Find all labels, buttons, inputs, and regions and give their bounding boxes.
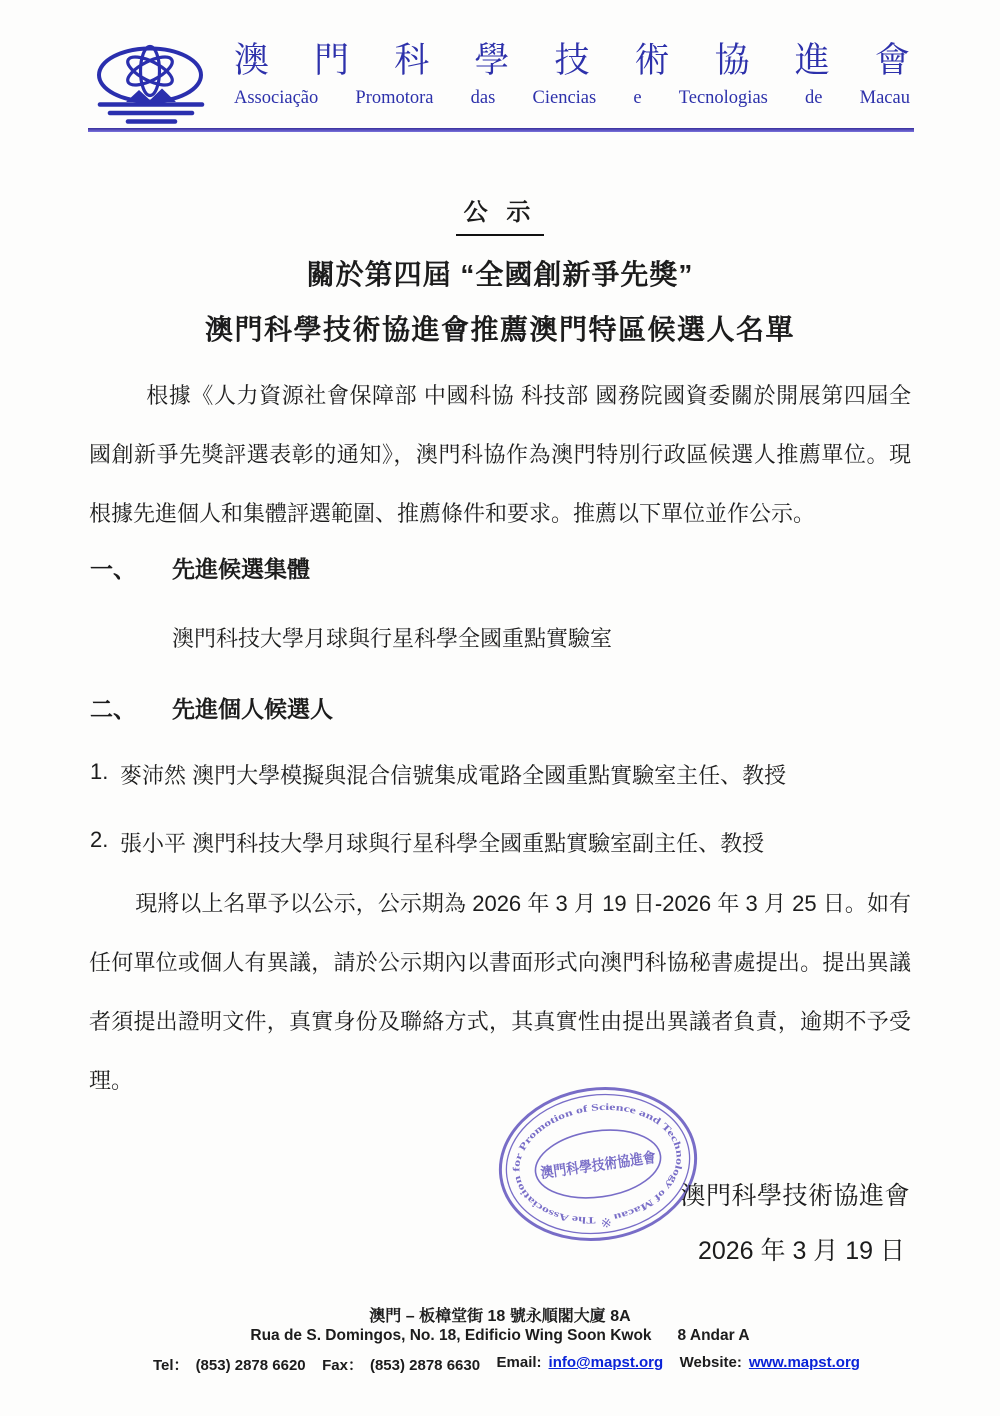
official-oval-stamp: The Association for Promotion of Science… [494,1084,704,1248]
page-title: 公 示 [456,192,545,236]
email-label: Email: [497,1354,542,1371]
intro-paragraph: 根據《人力資源社會保障部 中國科協 科技部 國務院國資委關於開展第四屆全國創新爭… [89,366,911,543]
org-name-chinese: 澳 門 科 學 技 術 協 進 會 [234,40,910,82]
org-zh-char: 門 [314,40,349,82]
section-2-heading: 二、 先進個人候選人 [90,691,333,724]
org-name-portuguese: Associação Promotora das Ciencias e Tecn… [234,88,910,109]
tel-number: (853) 2878 6620 [196,1357,306,1374]
footer-email: Email:info@mapst.org [497,1354,664,1375]
section-2-number: 二、 [90,691,172,724]
footer-address-floor: 8 Andar A [678,1327,750,1344]
org-pt-word: Associação [234,88,318,109]
org-zh-char: 科 [394,40,429,82]
footer-address-chinese: 澳門 – 板樟堂街 18 號永順閣大廈 8A [0,1303,1000,1326]
footer-address-street: Rua de S. Domingos, No. 18, Edificio Win… [250,1327,651,1344]
email-link[interactable]: info@mapst.org [549,1354,664,1371]
signature-org-name: 澳門科學技術協進會 [680,1176,910,1212]
org-zh-char: 學 [474,40,509,82]
section-1-title: 先進候選集體 [172,551,310,584]
org-zh-char: 進 [795,40,830,82]
closing-paragraph: 現將以上名單予以公示，公示期為 2026 年 3 月 19 日-2026 年 3… [89,874,911,1110]
section-1-heading: 一、 先進候選集體 [90,551,310,584]
header-divider-rule [88,128,914,132]
org-zh-char: 術 [635,40,670,82]
org-zh-char: 會 [875,40,910,82]
footer-tel: Tel：(853) 2878 6620 [153,1354,306,1375]
org-pt-word: Macau [860,88,910,109]
subtitle-award-name: 關於第四屆 “全國創新爭先獎” [0,253,1000,293]
org-zh-char: 澳 [234,40,269,82]
fax-number: (853) 2878 6630 [370,1357,480,1374]
list-item: 2. 張小平 澳門科技大學月球與行星科學全國重點實驗室副主任、教授 [90,827,911,858]
org-pt-word: Tecnologias [679,88,768,109]
org-pt-word: das [471,88,496,109]
org-zh-char: 技 [554,40,589,82]
list-item-number: 2. [90,827,120,858]
website-label: Website: [680,1354,742,1371]
org-pt-word: e [633,88,641,109]
org-pt-word: Promotora [355,88,433,109]
org-zh-char: 協 [715,40,750,82]
list-item-number: 1. [90,759,120,790]
list-item: 1. 麥沛然 澳門大學模擬與混合信號集成電路全國重點實驗室主任、教授 [90,759,911,790]
stamp-center-text: 澳門科學技術協進會 [539,1148,657,1182]
letterhead: 澳 門 科 學 技 術 協 進 會 Associação Promotora d… [234,40,910,109]
notice-document-page: 澳 門 科 學 技 術 協 進 會 Associação Promotora d… [0,0,1000,1416]
subtitle-candidate-list: 澳門科學技術協進會推薦澳門特區候選人名單 [0,308,1000,348]
individual-candidate-2: 張小平 澳門科技大學月球與行星科學全國重點實驗室副主任、教授 [120,827,764,858]
stamp-asterisk-symbol: ※ [600,1215,613,1231]
mapst-atom-waves-logo [92,40,210,128]
footer-address-portuguese: Rua de S. Domingos, No. 18, Edificio Win… [0,1327,1000,1345]
tel-label: Tel： [153,1357,189,1374]
footer-fax: Fax：(853) 2878 6630 [322,1354,480,1375]
fax-label: Fax： [322,1357,363,1374]
org-pt-word: de [805,88,822,109]
signature-date: 2026 年 3 月 19 日 [698,1231,905,1267]
individual-candidate-1: 麥沛然 澳門大學模擬與混合信號集成電路全國重點實驗室主任、教授 [120,759,786,790]
footer-website: Website:www.mapst.org [680,1354,860,1375]
footer-contacts-row: Tel：(853) 2878 6620 Fax：(853) 2878 6630 … [153,1354,860,1375]
collective-candidate-item: 澳門科技大學月球與行星科學全國重點實驗室 [172,622,612,653]
section-2-title: 先進個人候選人 [172,691,333,724]
website-link[interactable]: www.mapst.org [749,1354,860,1371]
section-1-number: 一、 [90,551,172,584]
org-pt-word: Ciencias [533,88,597,109]
